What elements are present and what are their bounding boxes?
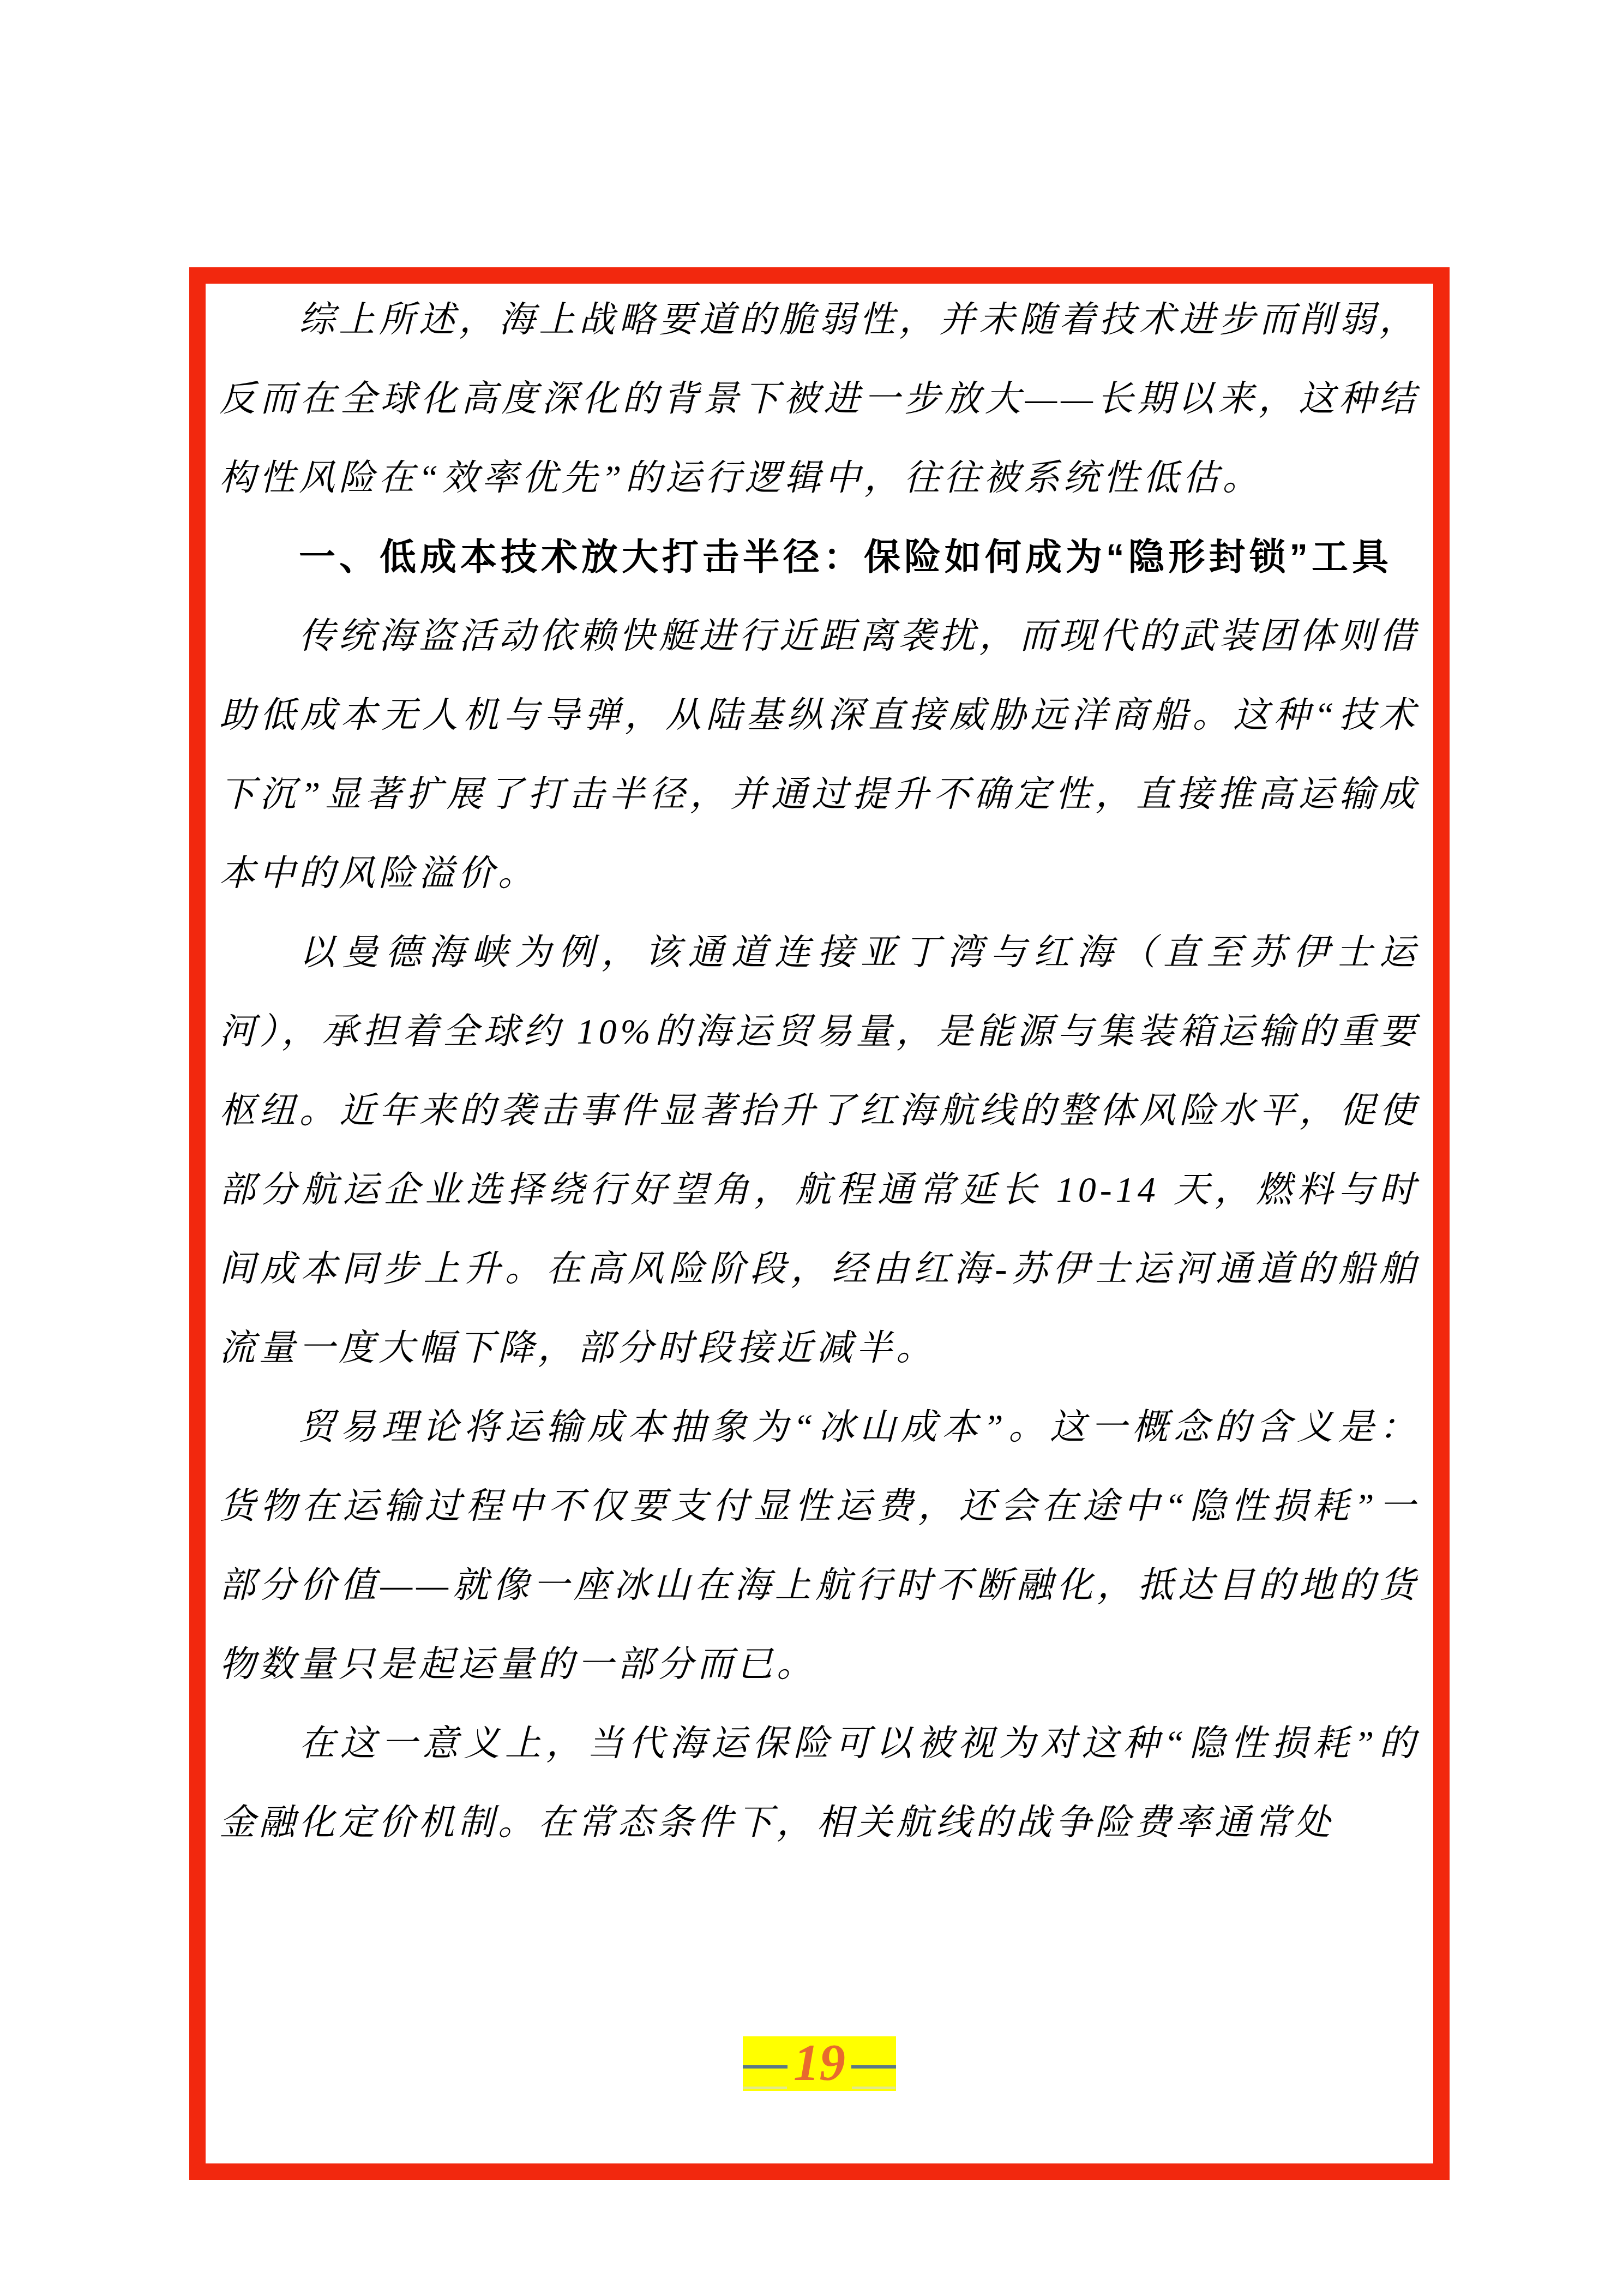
footer-dash-right	[851, 2065, 896, 2069]
section-heading: 一、低成本技术放大打击半径：保险如何成为“隐形封锁”工具	[219, 518, 1419, 597]
page-number: 19	[794, 2037, 845, 2089]
body-paragraph-3: 以曼德海峡为例，该通道连接亚丁湾与红海（直至苏伊士运河），承担着全球约 10%的…	[219, 913, 1419, 1388]
body-paragraph-2: 传统海盗活动依赖快艇进行近距离袭扰，而现代的武装团体则借助低成本无人机与导弹，从…	[219, 597, 1419, 913]
body-paragraph-5: 在这一意义上，当代海运保险可以被视为对这种“隐性损耗”的金融化定价机制。在常态条…	[219, 1704, 1419, 1862]
body-paragraph-1: 综上所述，海上战略要道的脆弱性，并未随着技术进步而削弱，反而在全球化高度深化的背…	[219, 280, 1419, 518]
footer-dash-left	[743, 2065, 788, 2069]
page-footer: 19	[743, 2036, 896, 2091]
body-paragraph-4: 贸易理论将运输成本抽象为“冰山成本”。这一概念的含义是：货物在运输过程中不仅要支…	[219, 1388, 1419, 1704]
footer-underdash-right	[852, 2087, 895, 2089]
document-body: 综上所述，海上战略要道的脆弱性，并未随着技术进步而削弱，反而在全球化高度深化的背…	[219, 280, 1419, 1862]
footer-underdash-left	[743, 2087, 787, 2089]
